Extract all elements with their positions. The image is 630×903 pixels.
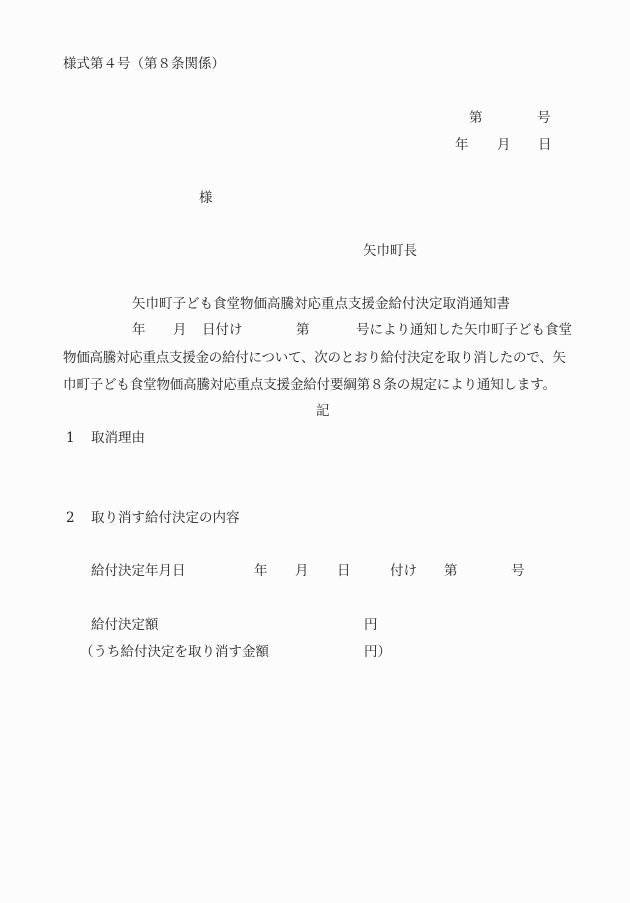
decision-date-go: 号 — [511, 565, 525, 579]
body-dai: 第 — [296, 324, 310, 338]
section1-title: 取消理由 — [91, 432, 145, 446]
body-line1-rest: 号により通知した矢巾町子ども食堂 — [356, 324, 572, 338]
document-title: 矢巾町子ども食堂物価高騰対応重点支援金給付決定取消通知書 — [132, 298, 510, 312]
section2-number: 2 — [66, 512, 75, 526]
amount-label: 給付決定額 — [91, 619, 159, 633]
cancel-amount-unit: 円） — [364, 646, 391, 660]
decision-date-label: 給付決定年月日 — [91, 565, 186, 579]
amount-unit: 円 — [364, 619, 378, 633]
body-line2: 物価高騰対応重点支援金の給付について、次のとおり給付決定を取り消したので、矢 — [63, 352, 566, 366]
form-label: 様式第４号（第８条関係） — [63, 58, 225, 72]
ki-label: 記 — [316, 405, 330, 419]
decision-date-day: 日 — [337, 565, 351, 579]
doc-date-month: 月 — [497, 139, 511, 153]
decision-date-month: 月 — [295, 565, 309, 579]
sender: 矢巾町長 — [363, 245, 417, 259]
decision-date-dai: 第 — [444, 565, 458, 579]
cancel-amount-label: （うち給付決定を取り消す金額 — [80, 646, 269, 660]
doc-number-go: 号 — [537, 112, 551, 126]
addressee-suffix: 様 — [199, 192, 213, 206]
section1-number: 1 — [66, 432, 75, 446]
section2-title: 取り消す給付決定の内容 — [91, 512, 240, 526]
body-year: 年 — [132, 324, 146, 338]
decision-date-dated: 付け — [390, 565, 417, 579]
body-day-dated: 日付け — [202, 324, 243, 338]
decision-date-year: 年 — [254, 565, 268, 579]
doc-number-dai: 第 — [469, 112, 483, 126]
doc-date-year: 年 — [455, 139, 469, 153]
doc-date-day: 日 — [538, 139, 552, 153]
body-line3: 巾町子ども食堂物価高騰対応重点支援金給付要綱第８条の規定により通知します。 — [63, 379, 556, 393]
body-month: 月 — [173, 324, 187, 338]
